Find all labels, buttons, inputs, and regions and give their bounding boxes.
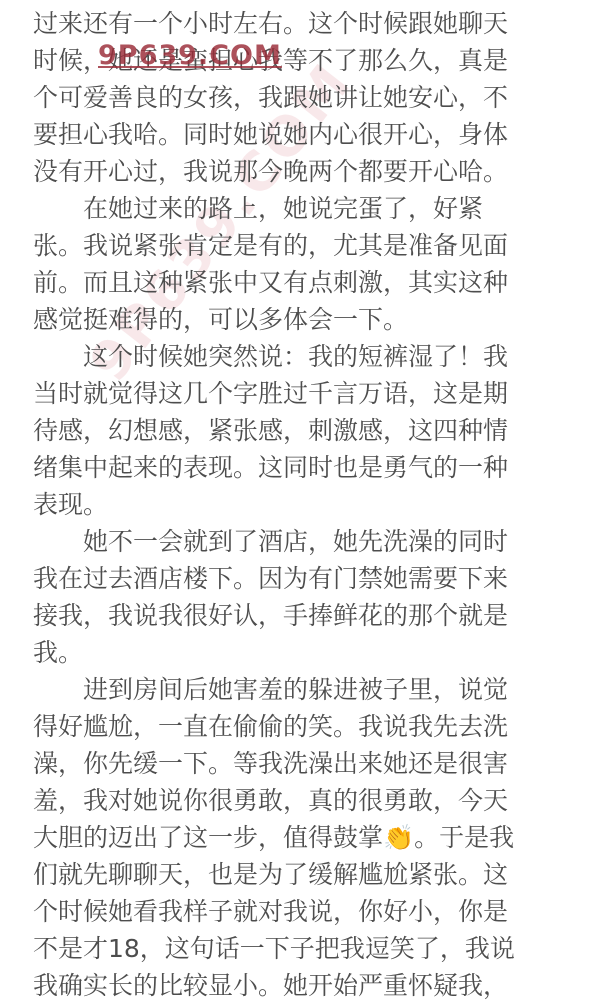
text-line: 们就先聊聊天，也是为了缓解尴尬紧张。这 <box>33 856 563 893</box>
text-line: 没有开心过，我说那今晚两个都要开心哈。 <box>33 153 563 190</box>
reader-page[interactable]: 过来还有一个小时左右。这个时候跟她聊天 时候，她还是蛮担心我等不了那么久，真是 … <box>0 0 591 1000</box>
text-line: 羞，我对她说你很勇敢，真的很勇敢，今天 <box>33 782 563 819</box>
text-line: 绪集中起来的表现。这同时也是勇气的一种 <box>33 449 563 486</box>
text-line: 大胆的迈出了这一步，值得鼓掌👏。于是我 <box>33 819 563 856</box>
text-line: 进到房间后她害羞的躲进被子里，说觉 <box>33 671 563 708</box>
text-line: 我在过去酒店楼下。因为有门禁她需要下来 <box>33 560 563 597</box>
text-line: 我确实长的比较显小。她开始严重怀疑我， <box>33 967 563 1000</box>
text-line: 张。我说紧张肯定是有的，尤其是准备见面 <box>33 227 563 264</box>
text-line: 我。 <box>33 634 563 671</box>
text-line: 在她过来的路上，她说完蛋了，好紧 <box>33 190 563 227</box>
text-line: 个可爱善良的女孩，我跟她讲让她安心，不 <box>33 79 563 116</box>
text-line: 时候，她还是蛮担心我等不了那么久，真是 <box>33 42 563 79</box>
text-line: 待感，幻想感，紧张感，刺激感，这四种情 <box>33 412 563 449</box>
text-line: 不是才18，这句话一下子把我逗笑了，我说 <box>33 930 563 967</box>
text-line: 要担心我哈。同时她说她内心很开心，身体 <box>33 116 563 153</box>
text-line: 接我，我说我很好认，手捧鲜花的那个就是 <box>33 597 563 634</box>
text-line: 这个时候她突然说：我的短裤湿了！我 <box>33 338 563 375</box>
text-line: 得好尴尬，一直在偷偷的笑。我说我先去洗 <box>33 708 563 745</box>
text-line: 她不一会就到了酒店，她先洗澡的同时 <box>33 523 563 560</box>
text-line: 表现。 <box>33 486 563 523</box>
text-line: 过来还有一个小时左右。这个时候跟她聊天 <box>33 5 563 42</box>
text-line: 个时候她看我样子就对我说，你好小，你是 <box>33 893 563 930</box>
text-line: 澡，你先缓一下。等我洗澡出来她还是很害 <box>33 745 563 782</box>
text-line: 前。而且这种紧张中又有点刺激，其实这种 <box>33 264 563 301</box>
text-line: 感觉挺难得的，可以多体会一下。 <box>33 301 563 338</box>
text-line: 当时就觉得这几个字胜过千言万语，这是期 <box>33 375 563 412</box>
